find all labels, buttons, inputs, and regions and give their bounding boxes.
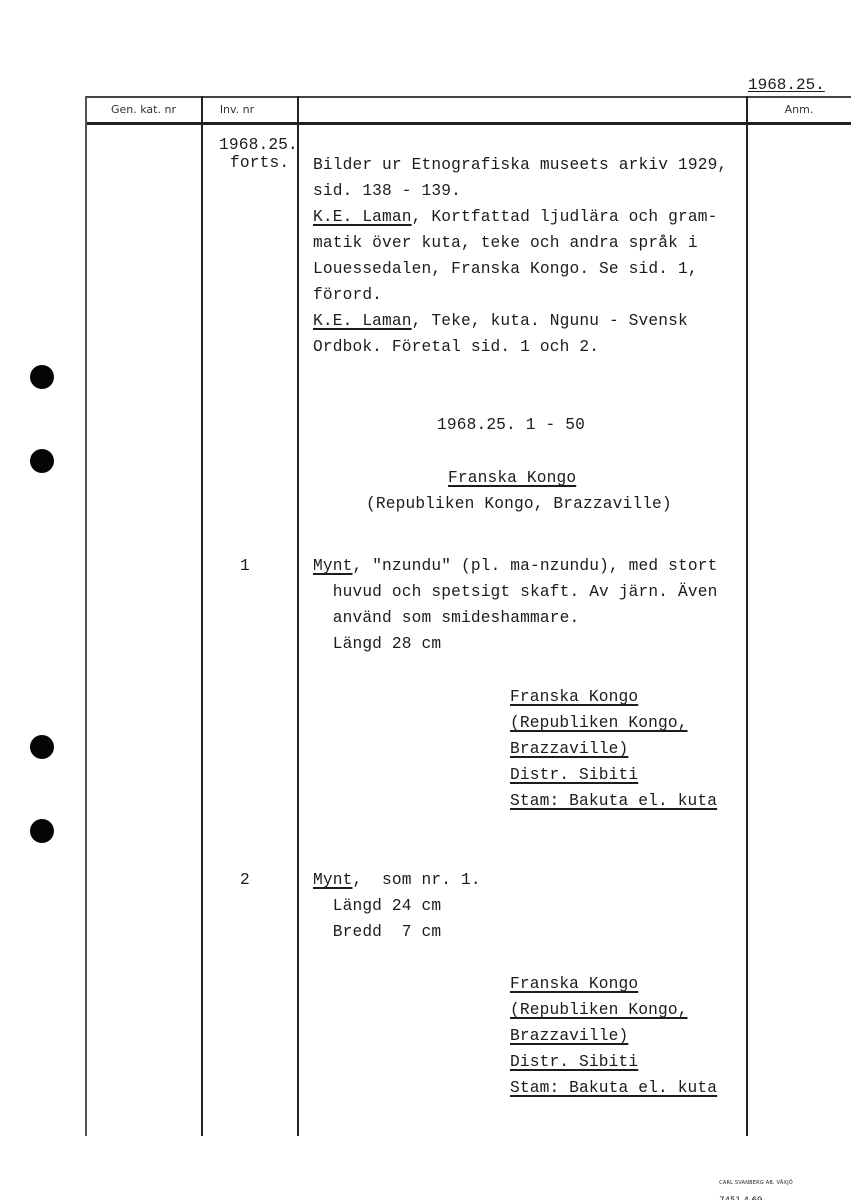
reference-line: Ordbok. Företal sid. 1 och 2.: [313, 334, 599, 360]
reference-line: matik över kuta, teke och andra språk i: [313, 230, 698, 256]
provenance-line: Stam: Bakuta el. kuta: [510, 788, 717, 814]
entry-description-line: Mynt, "nzundu" (pl. ma-nzundu), med stor…: [313, 553, 717, 579]
reference-line: Louessedalen, Franska Kongo. Se sid. 1,: [313, 256, 698, 282]
provenance-line: (Republiken Kongo,: [510, 710, 688, 736]
entry-inv-nr: 2: [240, 867, 250, 893]
inv-nr-forts: forts.: [230, 153, 289, 173]
reference-line: K.E. Laman, Teke, kuta. Ngunu - Svensk: [313, 308, 688, 334]
column-line-inv-desc: [297, 96, 299, 1136]
entry-description-line: Mynt, som nr. 1.: [313, 867, 481, 893]
entry-measurement: Bredd 7 cm: [313, 919, 441, 945]
author-name: K.E. Laman: [313, 208, 412, 226]
punch-hole: [30, 735, 54, 759]
header-description: [298, 97, 746, 122]
column-line-left: [85, 96, 87, 1136]
entry-inv-nr: 1: [240, 553, 250, 579]
column-line-desc-anm: [746, 96, 748, 1136]
section-region: Franska Kongo: [448, 465, 576, 491]
entry-description-line: använd som smideshammare.: [313, 605, 579, 631]
punch-hole: [30, 819, 54, 843]
punch-hole: [30, 365, 54, 389]
section-range: 1968.25. 1 - 50: [437, 412, 585, 438]
section-region-sub: (Republiken Kongo, Brazzaville): [366, 491, 672, 517]
header-gen-kat-nr: Gen. kat. nr: [86, 97, 201, 122]
provenance-line: Distr. Sibiti: [510, 1049, 638, 1075]
entry-description-line: huvud och spetsigt skaft. Av järn. Även: [313, 579, 717, 605]
header-inv-nr: Inv. nr: [202, 97, 272, 122]
form-code: 7451 4 69: [719, 1196, 762, 1200]
printer-imprint: CARL SVANBERG AB. VÄXJÖ 7451 4 69: [709, 1150, 793, 1200]
provenance-line: (Republiken Kongo,: [510, 997, 688, 1023]
inv-nr-continued: 1968.25.: [219, 135, 298, 155]
provenance-line: Brazzaville): [510, 736, 628, 762]
column-line-gen-inv: [201, 96, 203, 1136]
entry-measurement: Längd 28 cm: [313, 631, 441, 657]
entry-title: Mynt: [313, 557, 352, 575]
reference-line: sid. 138 - 139.: [313, 178, 461, 204]
printer-name: CARL SVANBERG AB. VÄXJÖ: [719, 1180, 793, 1186]
provenance-line: Franska Kongo: [510, 971, 638, 997]
reference-line: Bilder ur Etnografiska museets arkiv 192…: [313, 152, 727, 178]
entry-measurement: Längd 24 cm: [313, 893, 441, 919]
header-anm: Anm.: [747, 97, 851, 122]
entry-title: Mynt: [313, 871, 352, 889]
provenance-line: Brazzaville): [510, 1023, 628, 1049]
reference-line: förord.: [313, 282, 382, 308]
punch-hole: [30, 449, 54, 473]
provenance-line: Franska Kongo: [510, 684, 638, 710]
document-number: 1968.25.: [748, 76, 825, 94]
author-name: K.E. Laman: [313, 312, 412, 330]
provenance-line: Distr. Sibiti: [510, 762, 638, 788]
reference-line: K.E. Laman, Kortfattad ljudlära och gram…: [313, 204, 717, 230]
provenance-line: Stam: Bakuta el. kuta: [510, 1075, 717, 1101]
